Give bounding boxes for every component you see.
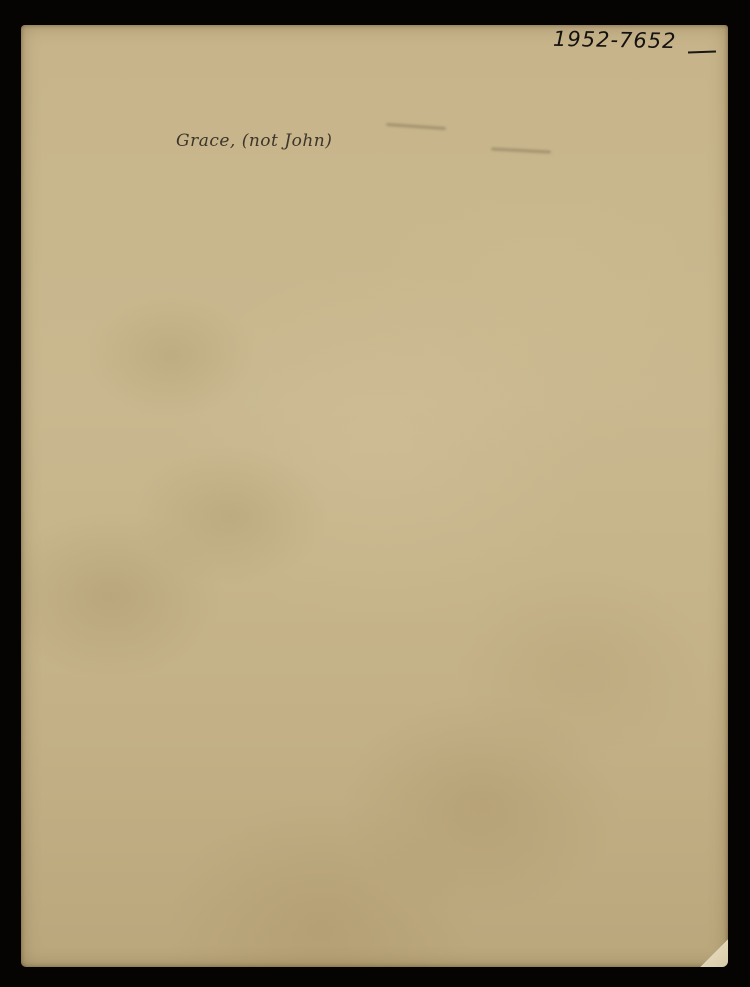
pencil-smudge	[386, 123, 446, 130]
handwritten-inscription: Grace, (not John)	[176, 131, 332, 151]
pencil-smudge	[491, 147, 551, 153]
accession-number: 1952-7652	[553, 27, 677, 53]
card-back	[21, 25, 728, 967]
scan-background: 1952-7652 Grace, (not John)	[0, 0, 750, 987]
